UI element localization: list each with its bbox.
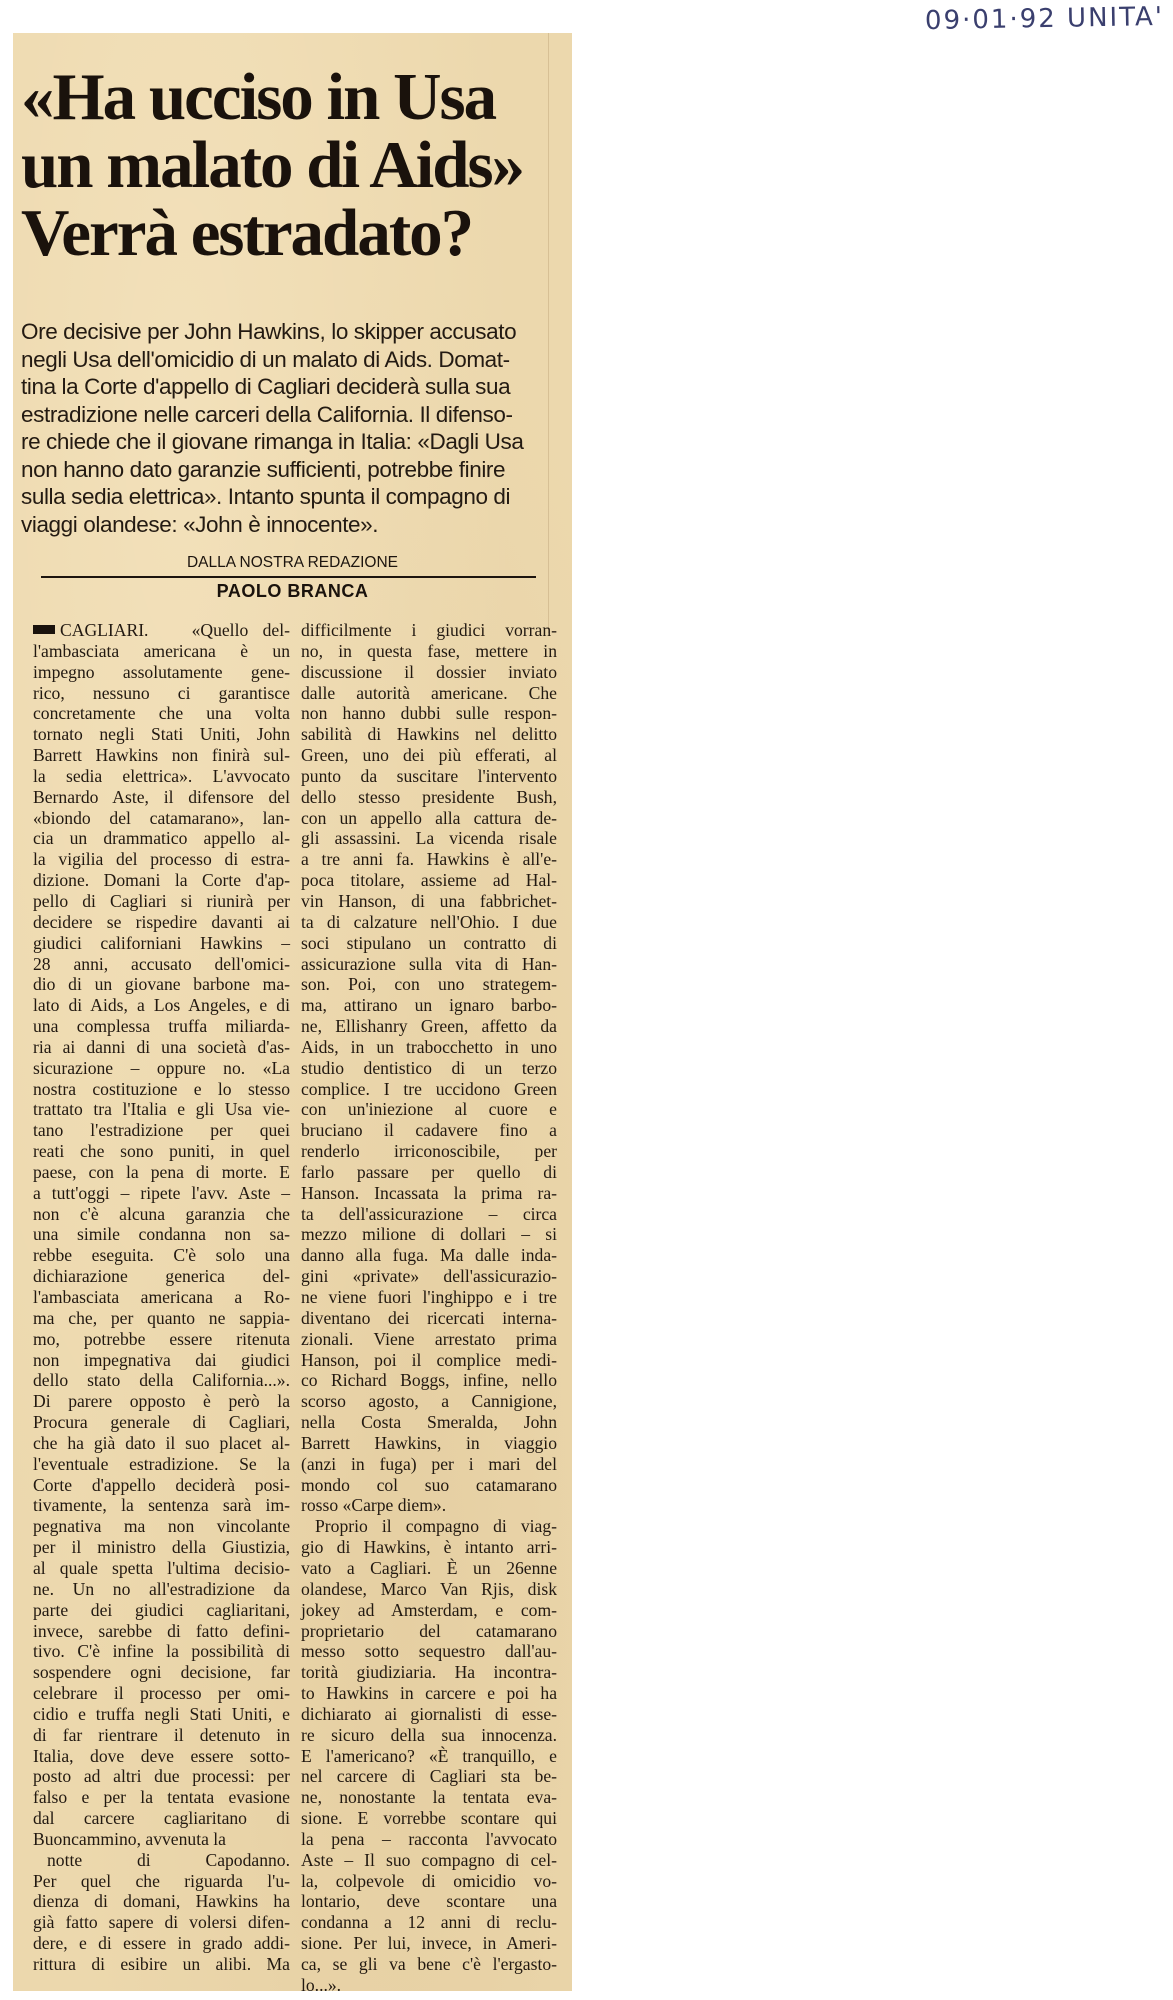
column-line: Proprio il compagno di viag- (301, 1516, 557, 1537)
column-line: «biondo del catamarano», lan- (33, 808, 290, 829)
column-line: Corte d'appello deciderà posi- (33, 1475, 290, 1496)
column-line: sospendere ogni decisione, far (33, 1662, 290, 1683)
column-line: re sicuro della sua innocenza. (301, 1725, 557, 1746)
column-line: celebrare il processo per omi- (33, 1683, 290, 1704)
column-line: una simile condanna non sa- (33, 1224, 290, 1245)
column-line: Italia, dove deve essere sotto- (33, 1746, 290, 1767)
column-line: decidere se rispedire davanti ai (33, 912, 290, 933)
column-line: ne, nonostante la tentata eva- (301, 1787, 557, 1808)
column-line: rittura di esibire un alibi. Ma (33, 1954, 290, 1975)
column-line: con un'iniezione al cuore e (301, 1099, 557, 1120)
headline-line: «Ha ucciso in Usa (21, 63, 566, 131)
column-line: danno alla fuga. Ma dalle inda- (301, 1245, 557, 1266)
column-line: jokey ad Amsterdam, e com- (301, 1600, 557, 1621)
column-line: la pena – racconta l'avvocato (301, 1829, 557, 1850)
headline-line: un malato di Aids» (21, 131, 566, 199)
column-line: non impegnativa dai giudici (33, 1350, 290, 1371)
column-line: scorso agosto, a Cannigione, (301, 1391, 557, 1412)
column-line: soci stipulano un contratto di (301, 933, 557, 954)
column-line: dichiarazione generica del- (33, 1266, 290, 1287)
column-line: lontario, deve scontare una (301, 1891, 557, 1912)
column-line: a tre anni fa. Hawkins è all'e- (301, 849, 557, 870)
column-line: di far rientrare il detenuto in (33, 1725, 290, 1746)
column-line: dichiarato ai giornalisti di esse- (301, 1704, 557, 1725)
column-line: sione. Per lui, invece, in Ameri- (301, 1933, 557, 1954)
column-line: non hanno dubbi sulle respon- (301, 703, 557, 724)
column-line: lato di Aids, a Los Angeles, e di (33, 995, 290, 1016)
column-line: Aids, in un trabocchetto in uno (301, 1037, 557, 1058)
column-line: tivamente, la sentenza sarà im- (33, 1495, 290, 1516)
column-line: l'eventuale estradizione. Se la (33, 1454, 290, 1475)
column-line: pello di Cagliari si riunirà per (33, 891, 290, 912)
column-line: Barrett Hawkins non finirà sul- (33, 745, 290, 766)
column-line: proprietario del catamarano (301, 1621, 557, 1642)
column-line: Di parere opposto è però la (33, 1391, 290, 1412)
column-line: gio di Hawkins, è intanto arri- (301, 1537, 557, 1558)
column-line: per il ministro della Giustizia, (33, 1537, 290, 1558)
column-line: a tutt'oggi – ripete l'avv. Aste – (33, 1183, 290, 1204)
column-line: torità giudiziaria. Ha incontra- (301, 1662, 557, 1683)
column-line: impegno assolutamente gene- (33, 662, 290, 683)
column-line: posto ad altri due processi: per (33, 1766, 290, 1787)
column-line: Hanson. Incassata la prima ra- (301, 1183, 557, 1204)
column-line: nostra costituzione e lo stesso (33, 1079, 290, 1100)
author-byline: PAOLO BRANCA (13, 581, 572, 602)
column-line: con un appello alla cattura de- (301, 808, 557, 829)
column-line: ria ai danni di una società d'as- (33, 1037, 290, 1058)
column-line: ne, Ellishanry Green, affetto da (301, 1016, 557, 1037)
headline: «Ha ucciso in Usa un malato di Aids» Ver… (21, 63, 566, 267)
column-line: dio di un giovane barbone ma- (33, 974, 290, 995)
column-line: Barrett Hawkins, in viaggio (301, 1433, 557, 1454)
column-line: punto da suscitare l'intervento (301, 766, 557, 787)
dateline: CAGLIARI. (60, 620, 148, 640)
column-line: cidio e truffa negli Stati Uniti, e (33, 1704, 290, 1725)
column-line: Aste – Il suo compagno di cel- (301, 1850, 557, 1871)
column-line: co Richard Boggs, infine, nello (301, 1370, 557, 1391)
headline-line: Verrà estradato? (21, 199, 566, 267)
column-line: mezzo milione di dollari – si (301, 1224, 557, 1245)
column-line: cia un drammatico appello al- (33, 828, 290, 849)
column-line: l'ambasciata americana a Ro- (33, 1287, 290, 1308)
column-line: gini «private» dell'assicurazio- (301, 1266, 557, 1287)
column-line: dizione. Domani la Corte d'ap- (33, 870, 290, 891)
column-line: CAGLIARI. «Quello del- (33, 620, 290, 641)
column-line: 28 anni, accusato dell'omici- (33, 954, 290, 975)
column-line: Hanson, poi il complice medi- (301, 1350, 557, 1371)
column-line: ta dell'assicurazione – circa (301, 1204, 557, 1225)
byline-rule (41, 576, 536, 578)
summary-line: viaggi olandese: «John è innocente». (21, 511, 561, 539)
column-line: ne. Un no all'estradizione da (33, 1579, 290, 1600)
newspaper-clipping: «Ha ucciso in Usa un malato di Aids» Ver… (13, 33, 572, 1991)
column-line: rosso «Carpe diem». (301, 1495, 557, 1516)
column-line: sabilità di Hawkins nel delitto (301, 724, 557, 745)
column-line: invece, sarebbe di fatto defini- (33, 1621, 290, 1642)
column-line: giudici californiani Hawkins – (33, 933, 290, 954)
column-line: falso e per la tentata evasione (33, 1787, 290, 1808)
desk-label: DALLA NOSTRA REDAZIONE (13, 554, 572, 572)
column-line: no, in questa fase, mettere in (301, 641, 557, 662)
column-line: diventano dei ricercati interna- (301, 1308, 557, 1329)
column-line: bruciano il cadavere fino a (301, 1120, 557, 1141)
column-line: paese, con la pena di morte. E (33, 1162, 290, 1183)
column-line: nella Costa Smeralda, John (301, 1412, 557, 1433)
column-line: la vigilia del processo di estra- (33, 849, 290, 870)
column-line: la sedia elettrica». L'avvocato (33, 766, 290, 787)
column-line: dello stato della California...». (33, 1370, 290, 1391)
column-line: trattato tra l'Italia e gli Usa vie- (33, 1099, 290, 1120)
summary-line: non hanno dato garanzie sufficienti, pot… (21, 456, 561, 484)
summary-line: tina la Corte d'appello di Cagliari deci… (21, 373, 561, 401)
column-line: sicurazione – oppure no. «La (33, 1058, 290, 1079)
column-line: tivo. C'è infine la possibilità di (33, 1641, 290, 1662)
column-line: Per quel che riguarda l'u- (33, 1871, 290, 1892)
column-line: non c'è alcuna garanzia che (33, 1204, 290, 1225)
column-line: mondo col suo catamarano (301, 1475, 557, 1496)
column-line: nel carcere di Cagliari sta be- (301, 1766, 557, 1787)
column-line-text: «Quello del- (192, 620, 290, 640)
article-column-right: difficilmente i giudici vorran-no, in qu… (301, 620, 557, 1996)
dateline-marker-icon (33, 625, 55, 634)
column-line: ma, attirano un ignaro barbo- (301, 995, 557, 1016)
column-line: al quale spetta l'ultima decisio- (33, 1558, 290, 1579)
column-line: condanna a 12 anni di reclu- (301, 1912, 557, 1933)
column-line: messo sotto sequestro dall'au- (301, 1641, 557, 1662)
column-line: discussione il dossier inviato (301, 662, 557, 683)
column-line: studio dentistico di un terzo (301, 1058, 557, 1079)
column-line: ca, se gli va bene c'è l'ergasto- (301, 1954, 557, 1975)
summary-line: negli Usa dell'omicidio di un malato di … (21, 346, 561, 374)
column-line: reati che sono puniti, in quel (33, 1141, 290, 1162)
column-line: mo, potrebbe essere ritenuta (33, 1329, 290, 1350)
column-line: vin Hanson, di una fabbrichet- (301, 891, 557, 912)
column-line: già fatto sapere di volersi difen- (33, 1912, 290, 1933)
column-line: gli assassini. La vicenda risale (301, 828, 557, 849)
column-line: Bernardo Aste, il difensore del (33, 787, 290, 808)
column-line: farlo passare per quello di (301, 1162, 557, 1183)
summary-line: re chiede che il giovane rimanga in Ital… (21, 428, 561, 456)
summary-line: sulla sedia elettrica». Intanto spunta i… (21, 483, 561, 511)
column-line: difficilmente i giudici vorran- (301, 620, 557, 641)
column-line: notte di Capodanno. (33, 1850, 290, 1871)
column-line: E l'americano? «È tranquillo, e (301, 1746, 557, 1767)
column-line: dalle autorità americane. Che (301, 683, 557, 704)
column-line: parte dei giudici cagliaritani, (33, 1600, 290, 1621)
column-line: concretamente che una volta (33, 703, 290, 724)
column-line: lo...». (301, 1975, 557, 1996)
column-line: complice. I tre uccidono Green (301, 1079, 557, 1100)
column-line: dello stesso presidente Bush, (301, 787, 557, 808)
column-line: ta di calzature nell'Ohio. I due (301, 912, 557, 933)
column-line: zionali. Viene arrestato prima (301, 1329, 557, 1350)
column-line: una complessa truffa miliarda- (33, 1016, 290, 1037)
column-line: la, colpevole di omicidio vo- (301, 1871, 557, 1892)
column-line: son. Poi, con uno strategem- (301, 974, 557, 995)
column-line: ma che, per quanto ne sappia- (33, 1308, 290, 1329)
column-line: ne viene fuori l'inghippo e i tre (301, 1287, 557, 1308)
column-line: dal carcere cagliaritano di (33, 1808, 290, 1829)
column-line: poca titolare, assieme ad Hal- (301, 870, 557, 891)
column-line: l'ambasciata americana è un (33, 641, 290, 662)
column-line: renderlo irriconoscibile, per (301, 1141, 557, 1162)
column-line: olandese, Marco Van Rjis, disk (301, 1579, 557, 1600)
summary-line: estradizione nelle carceri della Califor… (21, 401, 561, 429)
column-line: dienza di domani, Hawkins ha (33, 1891, 290, 1912)
column-line: vato a Cagliari. È un 26enne (301, 1558, 557, 1579)
column-line: rebbe eseguita. C'è solo una (33, 1245, 290, 1266)
article-summary: Ore decisive per John Hawkins, lo skippe… (21, 318, 561, 538)
column-line: assicurazione sulla vita di Han- (301, 954, 557, 975)
column-line: sione. E vorrebbe scontare qui (301, 1808, 557, 1829)
summary-line: Ore decisive per John Hawkins, lo skippe… (21, 318, 561, 346)
column-line: che ha già dato il suo placet al- (33, 1433, 290, 1454)
column-line: tano l'estradizione per quei (33, 1120, 290, 1141)
handwritten-date-note: 09·01·92 UNITA' (925, 2, 1164, 36)
column-line: to Hawkins in carcere e poi ha (301, 1683, 557, 1704)
column-line: (anzi in fuga) per i mari del (301, 1454, 557, 1475)
column-line: Buoncammino, avvenuta la (33, 1829, 290, 1850)
column-line: Procura generale di Cagliari, (33, 1412, 290, 1433)
column-line: dere, e di essere in grado addi- (33, 1933, 290, 1954)
column-line: Green, uno dei più efferati, al (301, 745, 557, 766)
column-line: pegnativa ma non vincolante (33, 1516, 290, 1537)
column-line: rico, nessuno ci garantisce (33, 683, 290, 704)
column-line: tornato negli Stati Uniti, John (33, 724, 290, 745)
article-column-left: CAGLIARI. «Quello del-l'ambasciata ameri… (33, 620, 290, 1975)
